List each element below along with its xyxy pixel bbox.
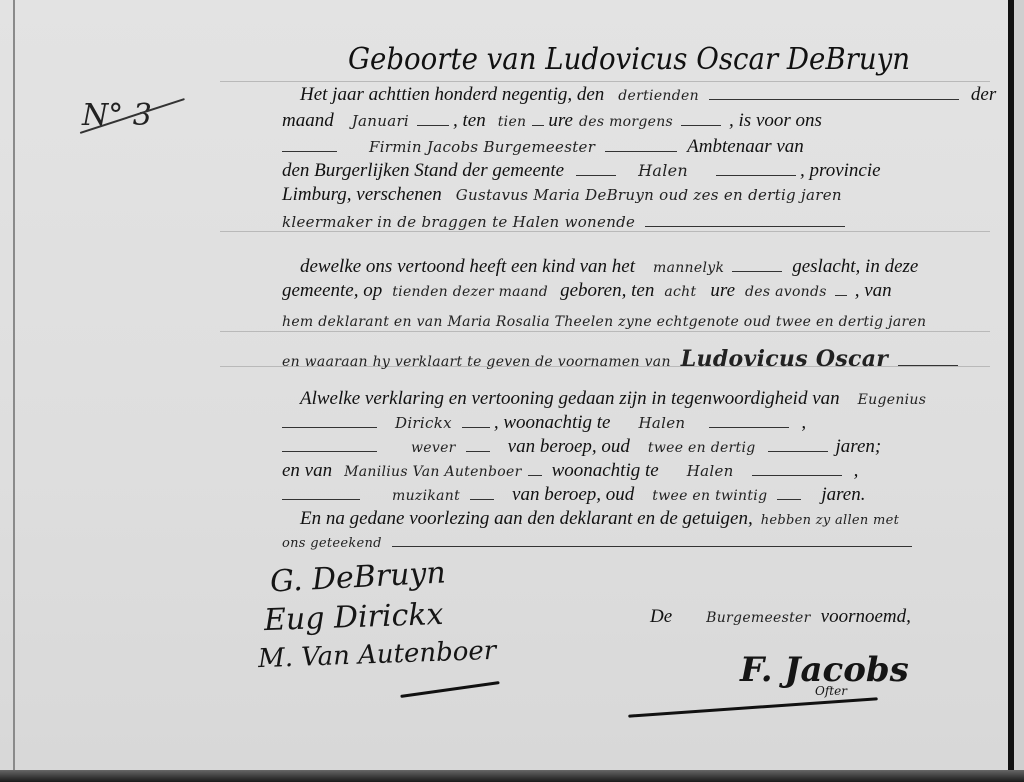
handwritten-birth-day: tienden dezer maand: [392, 284, 548, 300]
text-line-8: gemeente, op tienden dezer maand geboren…: [282, 280, 892, 304]
printed-text: Ambtenaar van: [687, 136, 804, 157]
handwritten-witness1-age: twee en dertig: [648, 440, 756, 456]
fill-line: [716, 161, 796, 176]
official-signature-label: De Burgemeester voornoemd,: [650, 606, 911, 630]
fill-line: [777, 485, 801, 500]
printed-text: Het jaar achttien honderd negentig, den: [300, 84, 604, 105]
text-line-15: muzikant van beroep, oud twee en twintig…: [282, 484, 866, 508]
signature-witness1: Eug Dirickx: [263, 597, 444, 638]
handwritten-month: Januari: [352, 112, 409, 130]
handwritten-child-name: Ludovicus Oscar: [681, 346, 888, 372]
fill-line: [732, 257, 782, 272]
fill-line: [462, 413, 490, 428]
text-line-2: maand Januari , ten tien ure des morgens…: [282, 110, 822, 134]
fill-line: [898, 351, 958, 366]
text-line-3: Firmin Jacobs Burgemeester Ambtenaar van: [282, 136, 804, 160]
printed-text: ,: [801, 412, 806, 433]
printed-text: ure: [548, 110, 573, 131]
handwritten-witness2-name: Manilius Van Autenboer: [344, 464, 521, 480]
text-line-10: en waaraan hy verklaart te geven de voor…: [282, 346, 958, 370]
printed-text: van beroep, oud: [508, 436, 630, 457]
handwritten-time-of-day: des morgens: [579, 114, 673, 130]
printed-text: ure: [710, 280, 735, 301]
handwritten-witness1-residence: Halen: [638, 414, 685, 432]
printed-text: den Burgerlijken Stand der gemeente: [282, 160, 564, 181]
fill-line: [282, 485, 360, 500]
text-line-16: En na gedane voorlezing aan den deklaran…: [300, 508, 899, 532]
printed-text: , van: [855, 280, 892, 301]
text-line-5: Limburg, verschenen Gustavus Maria DeBru…: [282, 184, 842, 208]
fill-line: [282, 413, 377, 428]
printed-text: van beroep, oud: [512, 484, 634, 505]
handwritten-closing: hebben zy allen met: [761, 513, 899, 528]
left-margin-rule: [13, 0, 15, 782]
fill-line: [752, 461, 842, 476]
fill-line: [709, 413, 789, 428]
handwritten-occupation-residence: kleermaker in de braggen te Halen wonend…: [282, 213, 635, 231]
printed-text: , ten: [453, 110, 486, 131]
fill-line: [768, 437, 828, 452]
fill-line: [605, 137, 677, 152]
text-line-1: Het jaar achttien honderd negentig, den …: [300, 84, 996, 108]
printed-text: En na gedane voorlezing aan den deklaran…: [300, 508, 753, 529]
handwritten-declarant: Gustavus Maria DeBruyn oud zes en dertig…: [456, 186, 842, 204]
handwritten-naming: en waaraan hy verklaart te geven de voor…: [282, 354, 671, 370]
fill-line: [470, 485, 494, 500]
fill-line: [417, 111, 449, 126]
fill-line: [282, 437, 377, 452]
printed-text: De: [650, 606, 672, 627]
printed-text: , is voor ons: [729, 110, 822, 131]
printed-text: ,: [854, 460, 859, 481]
handwritten-witness1-last: Dirickx: [395, 414, 452, 432]
handwritten-witness2-residence: Halen: [687, 462, 734, 480]
text-line-17: ons geteekend: [282, 532, 912, 556]
handwritten-birth-time-of-day: des avonds: [745, 284, 827, 300]
text-line-4: den Burgerlijken Stand der gemeente Hale…: [282, 160, 881, 184]
handwritten-witness2-age: twee en twintig: [652, 488, 767, 504]
document-title: Geboorte van Ludovicus Oscar DeBruyn: [348, 42, 910, 77]
text-line-7: dewelke ons vertoond heeft een kind van …: [300, 256, 918, 280]
printed-text: , woonachtig te: [494, 412, 611, 433]
fill-line: [645, 212, 845, 227]
text-line-13: wever van beroep, oud twee en dertig jar…: [282, 436, 881, 460]
fill-line: [282, 137, 337, 152]
fill-line: [709, 85, 959, 100]
handwritten-sex: mannelyk: [653, 260, 724, 276]
printed-text: gemeente, op: [282, 280, 382, 301]
handwritten-hour: tien: [498, 114, 527, 130]
text-line-12: Dirickx , woonachtig te Halen ,: [282, 412, 806, 436]
text-line-14: en van Manilius Van Autenboer woonachtig…: [282, 460, 858, 484]
fill-line: [576, 161, 616, 176]
handwritten-witness1-occupation: wever: [411, 440, 456, 456]
fill-line: [466, 437, 490, 452]
handwritten-birth-hour: acht: [664, 284, 696, 300]
printed-text: dewelke ons vertoond heeft een kind van …: [300, 256, 635, 277]
adjacent-page-strip: [1014, 0, 1024, 782]
printed-text: geboren, ten: [560, 280, 654, 301]
printed-text: en van: [282, 460, 332, 481]
printed-text: Alwelke verklaring en vertooning gedaan …: [300, 388, 840, 409]
fill-line: [528, 461, 542, 476]
text-line-6: kleermaker in de braggen te Halen wonend…: [282, 212, 845, 236]
printed-text: der: [971, 84, 996, 105]
handwritten-municipality: Halen: [638, 161, 688, 180]
fill-line: [835, 281, 847, 296]
fill-line: [681, 111, 721, 126]
printed-text: geslacht, in deze: [792, 256, 918, 277]
ruling-line: [220, 81, 990, 82]
handwritten-official-name: Firmin Jacobs Burgemeester: [369, 138, 595, 156]
handwritten-day: dertienden: [618, 88, 699, 104]
handwritten-witness2-occupation: muzikant: [392, 488, 460, 504]
printed-text: , provincie: [800, 160, 881, 181]
handwritten-mother: hem deklarant en van Maria Rosalia Theel…: [282, 314, 926, 330]
printed-text: woonachtig te: [552, 460, 659, 481]
fill-line: [532, 111, 544, 126]
printed-text: Limburg, verschenen: [282, 184, 442, 205]
text-line-11: Alwelke verklaring en vertooning gedaan …: [300, 388, 926, 412]
handwritten-witness1-first: Eugenius: [858, 392, 927, 408]
printed-text: jaren.: [821, 484, 865, 505]
printed-text: maand: [282, 110, 334, 131]
handwritten-signed: ons geteekend: [282, 536, 382, 551]
signature-official-suffix: Ofter: [815, 684, 847, 698]
text-line-9: hem deklarant en van Maria Rosalia Theel…: [282, 313, 926, 337]
handwritten-official-title: Burgemeester: [706, 610, 810, 626]
printed-text: voornoemd,: [821, 606, 911, 627]
fill-line: [392, 532, 912, 547]
bottom-edge-shadow: [0, 770, 1024, 782]
printed-text: jaren;: [836, 436, 882, 457]
